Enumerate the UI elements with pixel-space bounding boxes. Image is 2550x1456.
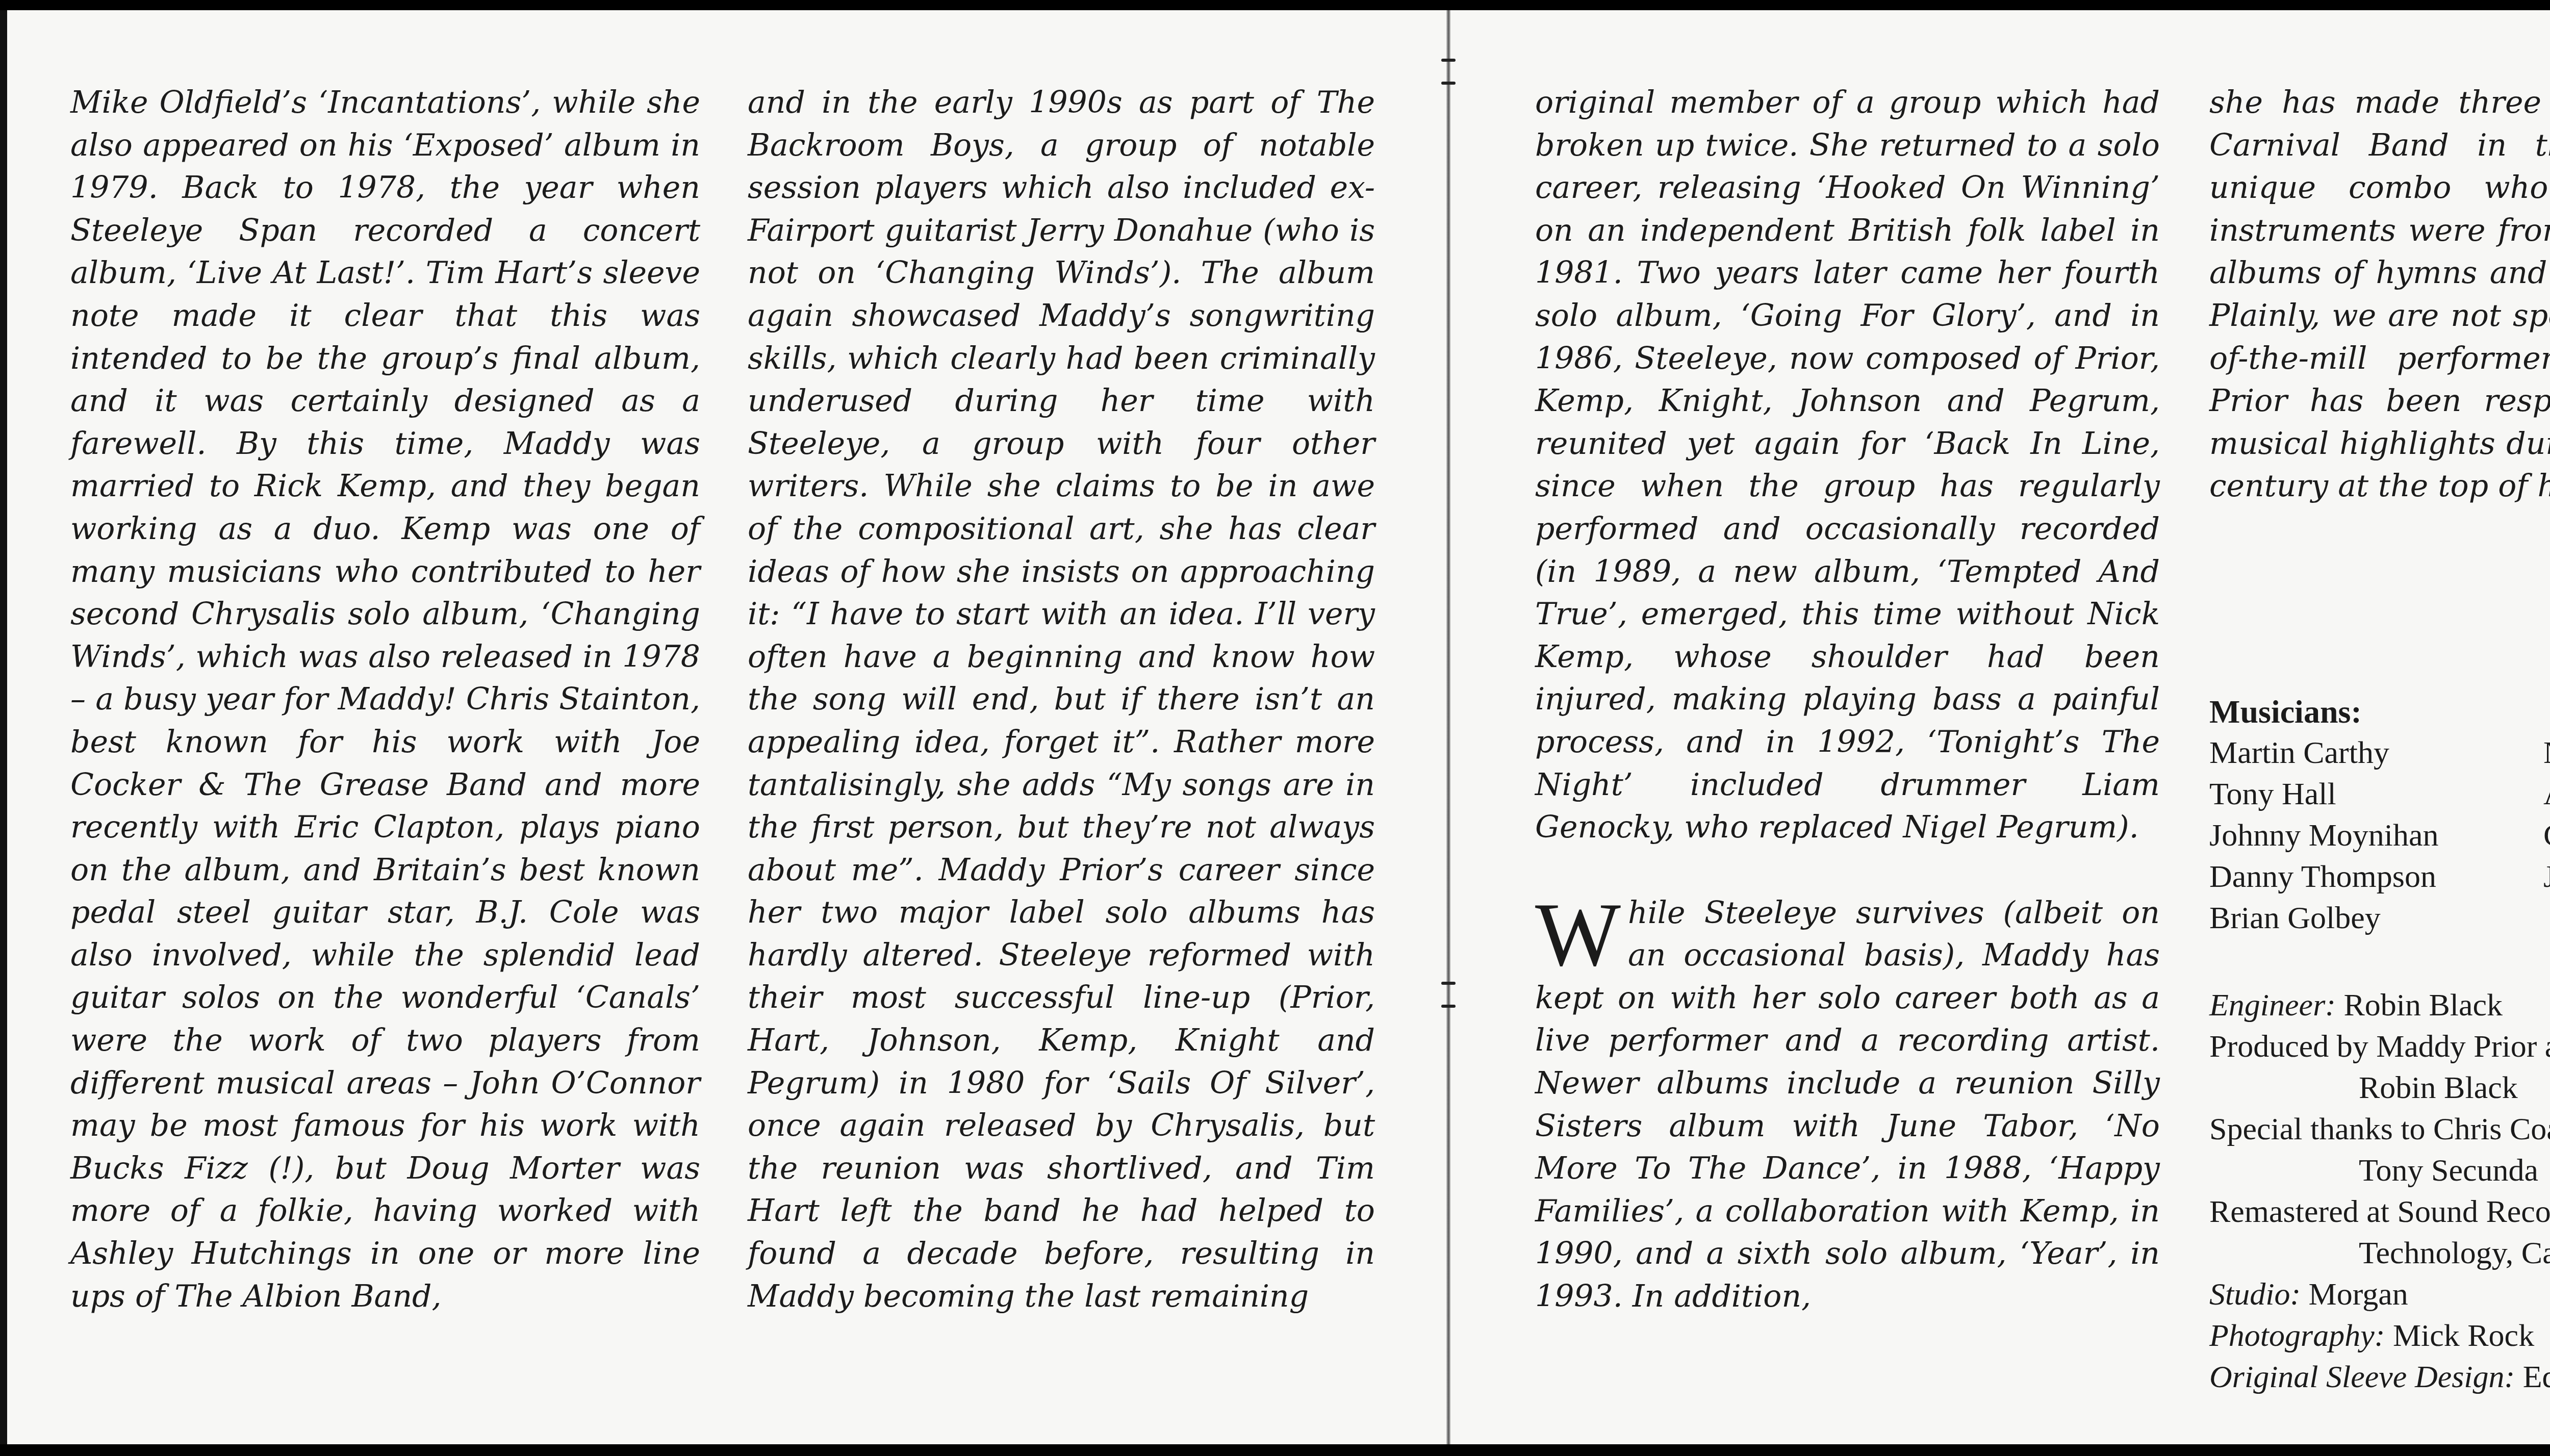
staple-bottom-1 xyxy=(1441,982,1456,985)
production-credits: Engineer: Robin Black Produced by Maddy … xyxy=(2209,985,2550,1398)
credits-section: Musicians: Martin Carthy Nic Jones Tony … xyxy=(2209,691,2550,1398)
credit-role: Original Sleeve Design: xyxy=(2209,1360,2515,1394)
author-signature: John Tobler, 1993. xyxy=(2209,513,2550,556)
staple-top-1 xyxy=(1441,59,1456,62)
musician-name: Nic Jones xyxy=(2543,732,2550,774)
liner-notes-paragraph: Mike Oldfield’s ‘Incantations’, while sh… xyxy=(70,82,700,1318)
liner-notes-paragraph: she has made three albums with The Carni… xyxy=(2209,82,2550,508)
musician-name: Brian Golbey xyxy=(2209,898,2543,939)
remaster-credit-line-1: Remastered at Sound Recording xyxy=(2209,1191,2550,1233)
studio-credit: Studio: Morgan xyxy=(2209,1274,2550,1315)
engineer-credit: Engineer: Robin Black xyxy=(2209,985,2550,1026)
musician-name: Gabriel Mckeon xyxy=(2543,815,2550,856)
musicians-heading: Musicians: xyxy=(2209,691,2550,732)
remaster-credit-line-2: Technology, Cambridge 1994 xyxy=(2209,1233,2550,1274)
liner-notes-column-2: and in the early 1990s as part of The Ba… xyxy=(748,82,1375,1318)
staple-top-2 xyxy=(1441,82,1456,85)
musician-name: Martin Carthy xyxy=(2209,732,2543,774)
liner-notes-paragraph: and in the early 1990s as part of The Ba… xyxy=(748,82,1375,1318)
producer-credit-line-1: Produced by Maddy Prior and xyxy=(2209,1026,2550,1067)
liner-notes-column-3: original member of a group which had bro… xyxy=(1535,82,2160,1318)
credit-value: Mick Rock xyxy=(2393,1318,2534,1353)
credit-value: Edward Barker xyxy=(2523,1360,2550,1394)
left-page-edge xyxy=(0,10,7,1444)
credit-role: Studio: xyxy=(2209,1277,2301,1312)
musician-name: Johnny Moynihan xyxy=(2209,815,2543,856)
sleeve-design-credit: Original Sleeve Design: Edward Barker xyxy=(2209,1357,2550,1398)
booklet-spine xyxy=(1446,10,1450,1444)
credit-value: Morgan xyxy=(2309,1277,2408,1312)
musician-name: John Gillaspie xyxy=(2543,856,2550,898)
liner-notes-paragraph: original member of a group which had bro… xyxy=(1535,82,2160,849)
musicians-list: Martin Carthy Nic Jones Tony Hall Andy I… xyxy=(2209,732,2550,939)
thanks-credit-line-1: Special thanks to Chris Coates and xyxy=(2209,1109,2550,1150)
credit-role: Photography: xyxy=(2209,1318,2385,1353)
paragraph-text: hile Steeleye survives (albeit on an occ… xyxy=(1535,895,2160,1314)
booklet-spread: Mike Oldfield’s ‘Incantations’, while sh… xyxy=(0,10,2550,1444)
musician-name: Tony Hall xyxy=(2209,774,2543,815)
liner-notes-paragraph-dropcap: W hile Steeleye survives (albeit on an o… xyxy=(1535,892,2160,1318)
liner-notes-column-4: she has made three albums with The Carni… xyxy=(2209,82,2550,556)
photography-credit: Photography: Mick Rock xyxy=(2209,1315,2550,1357)
producer-credit-line-2: Robin Black xyxy=(2209,1067,2550,1109)
musician-name: Danny Thompson xyxy=(2209,856,2543,898)
musician-name: Andy Irvine xyxy=(2543,774,2550,815)
credit-value: Robin Black xyxy=(2343,988,2503,1023)
staple-bottom-2 xyxy=(1441,1005,1456,1008)
credit-role: Engineer: xyxy=(2209,988,2336,1023)
musician-name xyxy=(2543,898,2550,939)
drop-cap: W xyxy=(1535,896,1621,973)
liner-notes-column-1: Mike Oldfield’s ‘Incantations’, while sh… xyxy=(70,82,700,1318)
thanks-credit-line-2: Tony Secunda xyxy=(2209,1150,2550,1191)
